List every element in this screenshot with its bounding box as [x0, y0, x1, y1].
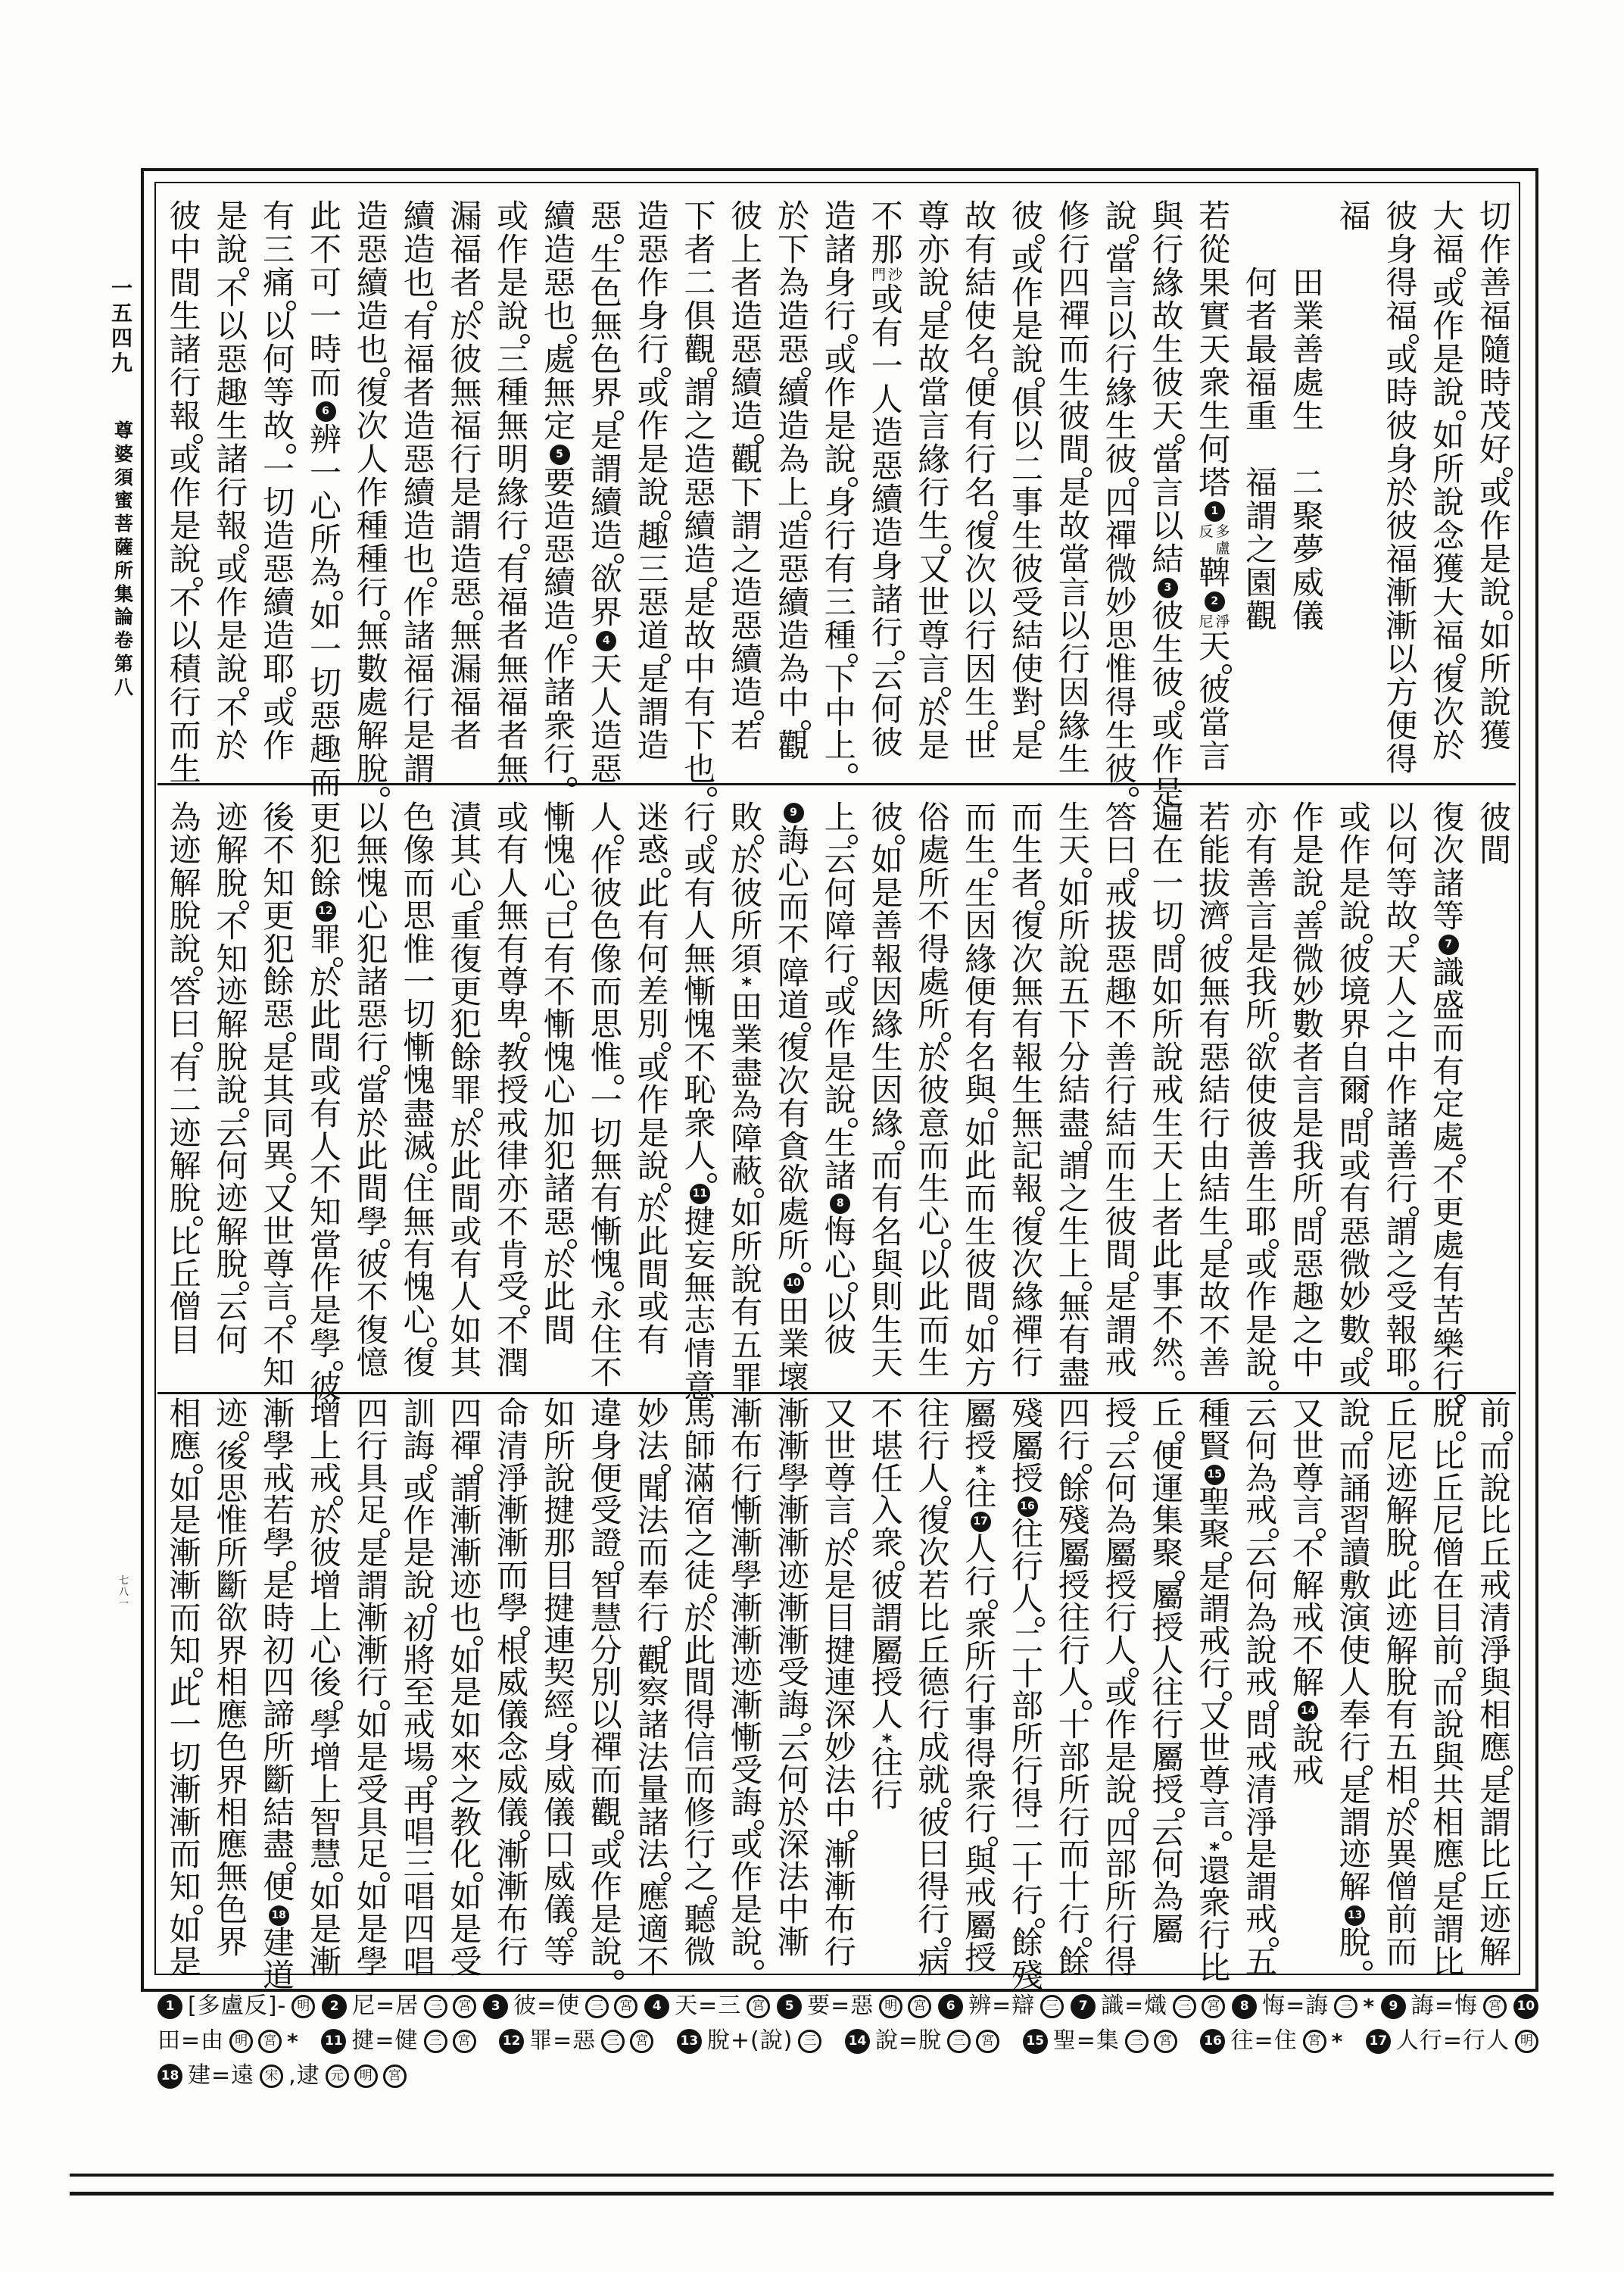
- footnote-text: 誨=悔: [1411, 1992, 1478, 2021]
- footnote-text: 往=住: [1230, 2027, 1297, 2055]
- bottom-rule-2: [70, 2192, 1554, 2196]
- footnote-entry: 13脫+(說)三: [677, 2027, 822, 2055]
- edition-siglum-icon: 三: [1334, 1995, 1357, 2018]
- footnote-number-icon: 10: [1513, 1994, 1538, 2019]
- footnote-entry: 18建=遠宋,逮元明宮: [157, 2061, 407, 2090]
- footnote-number-icon: 15: [1023, 2029, 1048, 2054]
- footnote-text: 脫+(說): [707, 2027, 793, 2055]
- footnote-number-icon: 11: [321, 2029, 346, 2054]
- footnote-number-icon: 17: [1366, 2029, 1391, 2054]
- footnote-entry: 15聖=集三宮: [1023, 2027, 1177, 2055]
- edition-siglum-icon: 宋: [260, 2064, 283, 2088]
- footnote-number-icon: 7: [1071, 1994, 1096, 2019]
- footnote-text: 建=遠: [188, 2061, 254, 2090]
- edition-siglum-icon: 三: [798, 2030, 821, 2053]
- footnote-entry: 10: [1513, 1994, 1538, 2019]
- page: 切作善福隨時茂好或作是說如所說獲大福或作是說如所說念獲大福復次於彼身得福或時彼身…: [0, 0, 1624, 2272]
- edition-siglum-icon: 宮: [383, 2064, 407, 2088]
- edition-siglum-icon: 宮: [453, 2030, 476, 2053]
- footnote-number-icon: 16: [1200, 2029, 1225, 2054]
- footnote-entry: 4天=三宮: [644, 1992, 770, 2021]
- footnote-entry: 田=由明宮*: [157, 2027, 298, 2055]
- edition-siglum-icon: 宮: [1483, 1995, 1507, 2018]
- footnote-entry: 8悔=誨三*: [1232, 1992, 1374, 2021]
- footnote-entry: 14說=脫三宮: [845, 2027, 999, 2055]
- edition-siglum-icon: 元: [326, 2064, 349, 2088]
- footnote-number-icon: 13: [677, 2029, 702, 2054]
- footnote-text: 辨=辯: [968, 1992, 1035, 2021]
- footnote-number-icon: 5: [777, 1994, 802, 2019]
- edition-siglum-icon: 宮: [1154, 2030, 1177, 2053]
- edition-siglum-icon: 明: [879, 1995, 902, 2018]
- edition-siglum-icon: 宮: [258, 2030, 282, 2053]
- edition-siglum-icon: 宮: [747, 1995, 770, 2018]
- footnote-number-icon: 18: [157, 2064, 182, 2089]
- edition-siglum-icon: 三: [601, 2030, 625, 2053]
- asterisk-mark: *: [1363, 1994, 1374, 2019]
- edition-siglum-icon: 宮: [976, 2030, 999, 2053]
- footnote-line: 1[多盧反]-明2尼=居三宮3彼=使三宮4天=三宮5要=惡明宮6辨=辯三7識=熾…: [157, 1992, 1538, 2021]
- footnote-number-icon: 3: [483, 1994, 508, 2019]
- footnote-entry: 7識=熾三宮: [1071, 1992, 1225, 2021]
- footnote-number-icon: 12: [499, 2029, 524, 2054]
- edition-siglum-icon: 宮: [453, 1995, 476, 2018]
- footnote-number-icon: 8: [1232, 1994, 1257, 2019]
- footnote-block: 1[多盧反]-明2尼=居三宮3彼=使三宮4天=三宮5要=惡明宮6辨=辯三7識=熾…: [0, 0, 1624, 2272]
- footnote-number-icon: 9: [1381, 1994, 1406, 2019]
- footnote-entry: 2尼=居三宮: [322, 1992, 476, 2021]
- edition-siglum-icon: 宮: [908, 1995, 931, 2018]
- edition-siglum-icon: 三: [424, 1995, 447, 2018]
- footnote-entry: 9誨=悔宮: [1381, 1992, 1507, 2021]
- footnote-text: 人行=行人: [1396, 2027, 1510, 2055]
- footnote-line: 18建=遠宋,逮元明宮: [157, 2061, 1538, 2090]
- footnote-text: ,逮: [288, 2061, 320, 2090]
- footnote-number-icon: 4: [644, 1994, 669, 2019]
- footnote-text: 聖=集: [1053, 2027, 1120, 2055]
- footnote-entry: 11揵=健三宮: [321, 2027, 475, 2055]
- footnote-text: 田=由: [157, 2027, 224, 2055]
- edition-siglum-icon: 三: [1173, 1995, 1196, 2018]
- asterisk-mark: *: [1332, 2029, 1343, 2054]
- footnote-text: 悔=誨: [1262, 1992, 1329, 2021]
- footnote-entry: 3彼=使三宮: [483, 1992, 637, 2021]
- footnote-entry: 16往=住宮*: [1200, 2027, 1342, 2055]
- edition-siglum-icon: 宮: [1202, 1995, 1225, 2018]
- edition-siglum-icon: 宮: [1303, 2030, 1326, 2053]
- edition-siglum-icon: 明: [1515, 2030, 1538, 2053]
- footnote-text: [多盧反]-: [188, 1992, 286, 2021]
- footnote-entry: 1[多盧反]-明: [157, 1992, 315, 2021]
- edition-siglum-icon: 三: [1040, 1995, 1064, 2018]
- footnote-text: 天=三: [675, 1992, 741, 2021]
- edition-siglum-icon: 宮: [630, 2030, 653, 2053]
- footnote-number-icon: 6: [938, 1994, 963, 2019]
- footnote-number-icon: 14: [845, 2029, 870, 2054]
- footnote-text: 識=熾: [1101, 1992, 1167, 2021]
- footnote-number-icon: 1: [157, 1994, 182, 2019]
- edition-siglum-icon: 三: [947, 2030, 971, 2053]
- footnote-number-icon: 2: [322, 1994, 347, 2019]
- footnote-text: 彼=使: [513, 1992, 580, 2021]
- edition-siglum-icon: 宮: [614, 1995, 637, 2018]
- footnote-text: 揵=健: [351, 2027, 418, 2055]
- asterisk-mark: *: [287, 2029, 298, 2054]
- footnote-text: 罪=惡: [529, 2027, 596, 2055]
- edition-siglum-icon: 明: [354, 2064, 378, 2088]
- edition-siglum-icon: 三: [424, 2030, 447, 2053]
- footnote-text: 尼=居: [352, 1992, 419, 2021]
- footnote-text: 說=脫: [875, 2027, 942, 2055]
- edition-siglum-icon: 三: [585, 1995, 609, 2018]
- bottom-rule-1: [70, 2174, 1554, 2177]
- footnote-entry: 6辨=辯三: [938, 1992, 1064, 2021]
- edition-siglum-icon: 三: [1125, 2030, 1149, 2053]
- edition-siglum-icon: 明: [291, 1995, 315, 2018]
- edition-siglum-icon: 明: [229, 2030, 253, 2053]
- footnote-text: 要=惡: [807, 1992, 874, 2021]
- footnote-entry: 12罪=惡三宮: [499, 2027, 653, 2055]
- footnote-entry: 17人行=行人明: [1366, 2027, 1538, 2055]
- footnote-line: 田=由明宮*11揵=健三宮12罪=惡三宮13脫+(說)三14說=脫三宮15聖=集…: [157, 2027, 1538, 2055]
- footnote-entry: 5要=惡明宮: [777, 1992, 931, 2021]
